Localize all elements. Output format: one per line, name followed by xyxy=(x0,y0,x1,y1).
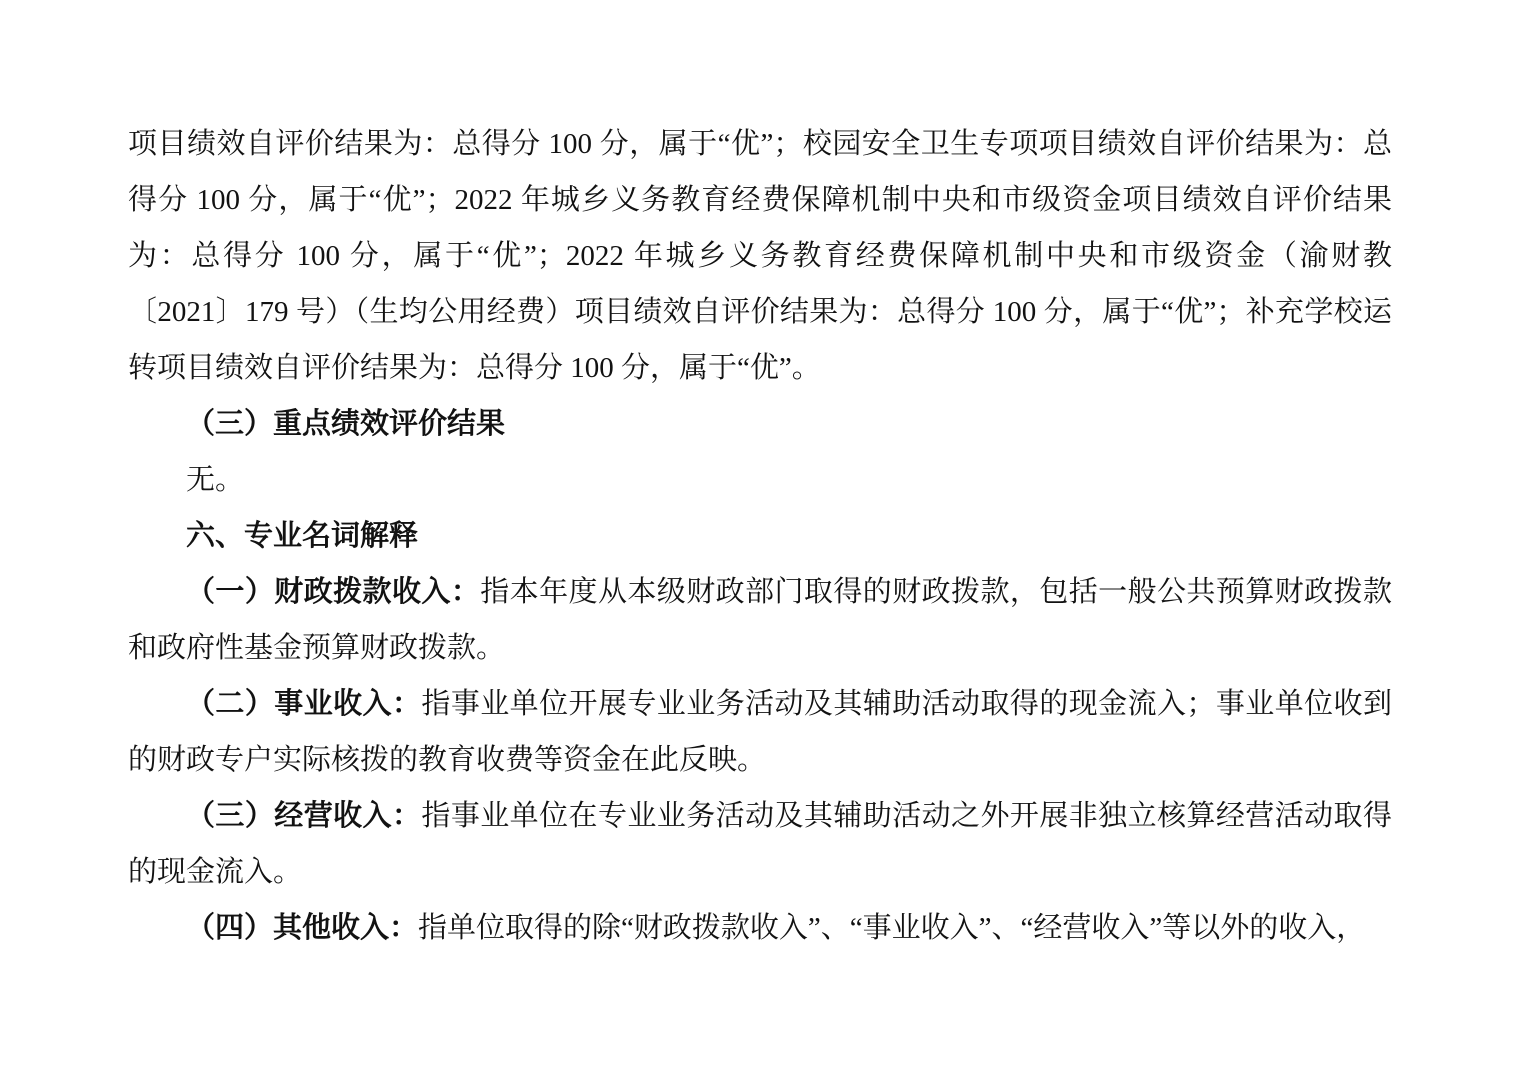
document-page: 项目绩效自评价结果为：总得分 100 分，属于“优”；校园安全卫生专项项目绩效自… xyxy=(0,0,1520,1074)
paragraph-self-evaluation-results: 项目绩效自评价结果为：总得分 100 分，属于“优”；校园安全卫生专项项目绩效自… xyxy=(128,116,1392,396)
term-body-other-income: 指单位取得的除“财政拨款收入”、“事业收入”、“经营收入”等以外的收入， xyxy=(418,912,1365,944)
term-lead-operating-income: （二）事业收入： xyxy=(186,688,421,720)
term-definition-business-income: （三）经营收入：指事业单位在专业业务活动及其辅助活动之外开展非独立核算经营活动取… xyxy=(128,788,1392,900)
term-lead-other-income: （四）其他收入： xyxy=(186,912,418,944)
paragraph-none: 无。 xyxy=(128,452,1392,508)
term-definition-other-income: （四）其他收入：指单位取得的除“财政拨款收入”、“事业收入”、“经营收入”等以外… xyxy=(128,900,1392,956)
term-lead-business-income: （三）经营收入： xyxy=(186,800,421,832)
heading-terminology: 六、专业名词解释 xyxy=(128,508,1392,564)
term-definition-fiscal-appropriation: （一）财政拨款收入：指本年度从本级财政部门取得的财政拨款，包括一般公共预算财政拨… xyxy=(128,564,1392,676)
heading-key-performance-evaluation: （三）重点绩效评价结果 xyxy=(128,396,1392,452)
term-definition-operating-income: （二）事业收入：指事业单位开展专业业务活动及其辅助活动取得的现金流入；事业单位收… xyxy=(128,676,1392,788)
term-lead-fiscal-appropriation: （一）财政拨款收入： xyxy=(186,576,480,608)
